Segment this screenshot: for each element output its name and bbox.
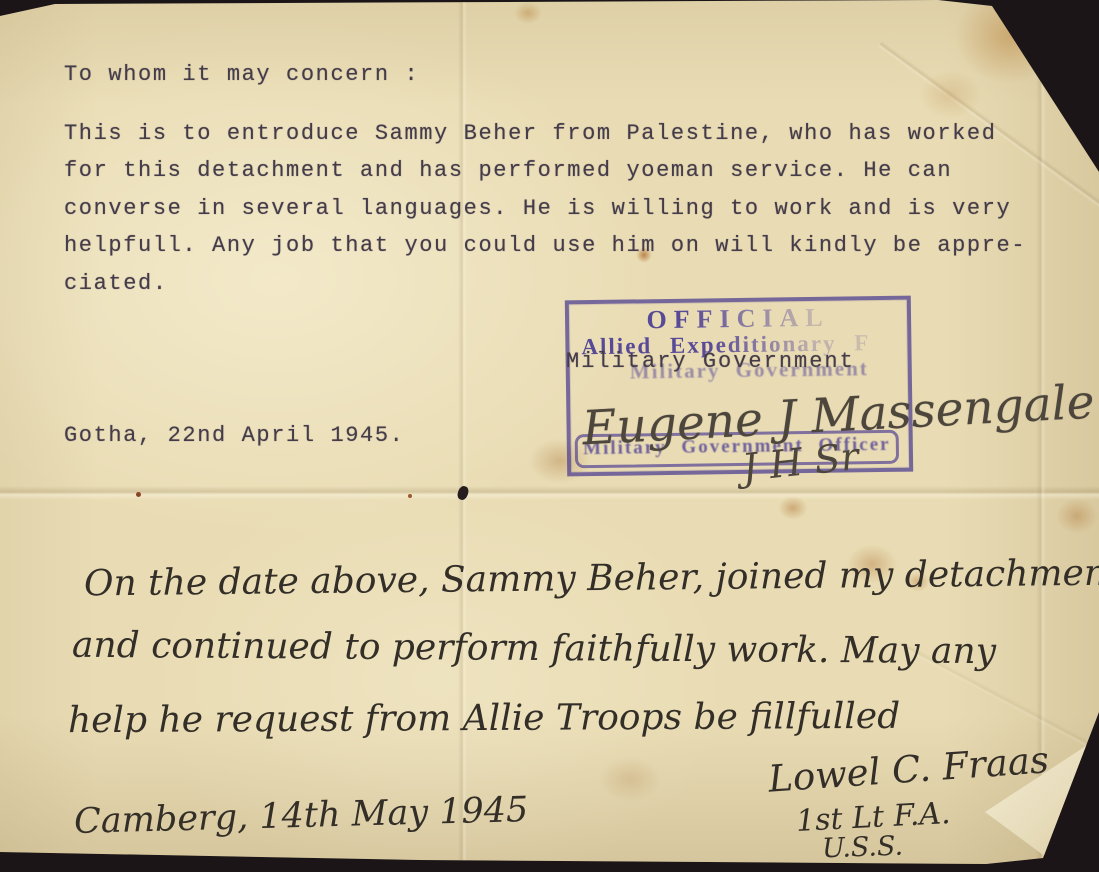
paper-speck <box>408 494 412 498</box>
handwritten-line: and continued to perform faithfully work… <box>72 625 996 672</box>
typed-body-line: ciated. <box>64 271 168 296</box>
typed-body-line: for this detachment and has performed yo… <box>64 158 952 183</box>
typed-milgov-overlay: Military Government <box>566 349 855 374</box>
typed-body-line: This is to entroduce Sammy Beher from Pa… <box>64 121 997 146</box>
paper-stain <box>598 756 662 802</box>
second-signature-unit: U.S.S. <box>821 831 903 865</box>
paper-stain <box>1056 498 1098 534</box>
photo-background: To whom it may concern : This is to entr… <box>0 0 1099 872</box>
handwritten-line: help he request from Allie Troops be fil… <box>68 696 900 741</box>
paper-stain <box>514 2 542 24</box>
letter-paper: To whom it may concern : This is to entr… <box>0 0 1099 872</box>
typed-body-line: helpfull. Any job that you could use him… <box>64 233 1026 258</box>
typed-salutation: To whom it may concern : <box>64 62 419 87</box>
horizontal-fold-crease <box>0 486 1099 500</box>
typed-body-line: converse in several languages. He is wil… <box>64 196 1011 221</box>
paper-stain <box>778 496 808 520</box>
paper-stain <box>918 70 982 120</box>
paper-stain <box>955 0 1065 84</box>
typed-dateline: Gotha, 22nd April 1945. <box>64 423 404 448</box>
paper-speck <box>136 492 141 497</box>
